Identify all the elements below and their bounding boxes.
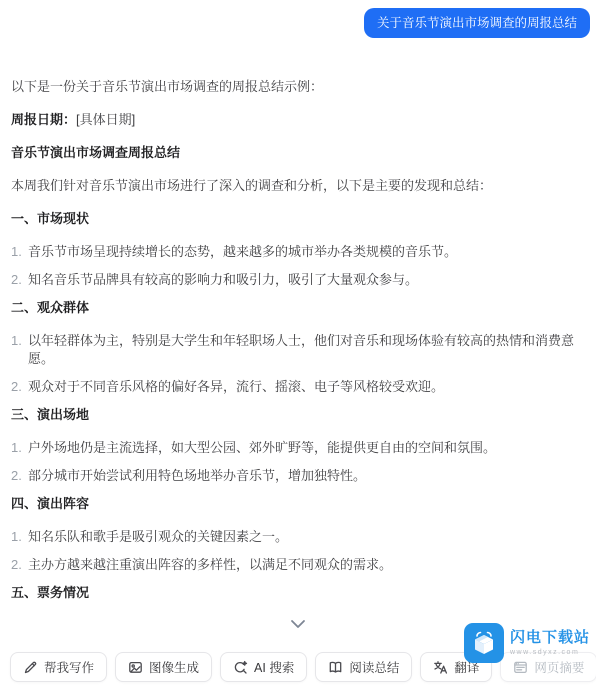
list-item-text: 音乐节市场呈现持续增长的态势，越来越多的城市举办各类规模的音乐节。 (28, 243, 584, 261)
toolbar-button-image[interactable]: 图像生成 (115, 652, 212, 682)
chat-page: 关于音乐节演出市场调查的周报总结 以下是一份关于音乐节演出市场调查的周报总结示例… (0, 0, 596, 687)
collapse-answer-control[interactable] (285, 616, 311, 632)
report-summary: 本周我们针对音乐节演出市场进行了深入的调查和分析，以下是主要的发现和总结： (11, 177, 584, 195)
list-item: 1. 以年轻群体为主，特别是大学生和年轻职场人士，他们对音乐和现场体验有较高的热… (11, 332, 584, 368)
ai-search-icon (233, 660, 248, 675)
toolbar-button-pen[interactable]: 帮我写作 (10, 652, 107, 682)
report-title: 音乐节演出市场调查周报总结 (11, 144, 584, 162)
toolbar-button-ai-search[interactable]: AI 搜索 (220, 652, 307, 682)
list-item-number: 1. (11, 332, 28, 368)
report-date-label: 周报日期： (11, 112, 76, 127)
list-item-number: 2. (11, 378, 28, 396)
report-section: 五、票务情况 (11, 584, 584, 602)
list-item-text: 户外场地仍是主流选择，如大型公园、郊外旷野等，能提供更自由的空间和氛围。 (28, 439, 584, 457)
section-heading: 五、票务情况 (11, 584, 584, 602)
list-item: 2. 主办方越来越注重演出阵容的多样性，以满足不同观众的需求。 (11, 556, 584, 574)
report-section: 一、市场现状 1. 音乐节市场呈现持续增长的态势，越来越多的城市举办各类规模的音… (11, 210, 584, 289)
list-item-number: 1. (11, 528, 28, 546)
section-heading: 三、演出场地 (11, 406, 584, 424)
report-section: 四、演出阵容 1. 知名乐队和歌手是吸引观众的关键因素之一。 2. 主办方越来越… (11, 495, 584, 574)
download-site-logo-icon (464, 623, 504, 663)
section-list: 1. 以年轻群体为主，特别是大学生和年轻职场人士，他们对音乐和现场体验有较高的热… (11, 332, 584, 396)
assistant-message: 以下是一份关于音乐节演出市场调查的周报总结示例： 周报日期：[具体日期] 音乐节… (0, 38, 596, 602)
list-item-number: 1. (11, 243, 28, 261)
book-icon (328, 660, 343, 675)
watermark-name: 闪电下载站 (510, 629, 590, 646)
watermark-text: 闪电下载站 www.sdyxz.com (510, 629, 590, 657)
toolbar-button-book[interactable]: 阅读总结 (315, 652, 412, 682)
list-item: 1. 户外场地仍是主流选择，如大型公园、郊外旷野等，能提供更自由的空间和氛围。 (11, 439, 584, 457)
list-item-text: 以年轻群体为主，特别是大学生和年轻职场人士，他们对音乐和现场体验有较高的热情和消… (28, 332, 584, 368)
section-heading: 二、观众群体 (11, 299, 584, 317)
report-date-value: [具体日期] (76, 112, 135, 127)
report-date-line: 周报日期：[具体日期] (11, 111, 584, 129)
list-item-text: 观众对于不同音乐风格的偏好各异，流行、摇滚、电子等风格较受欢迎。 (28, 378, 584, 396)
section-heading: 四、演出阵容 (11, 495, 584, 513)
list-item: 2. 知名音乐节品牌具有较高的影响力和吸引力，吸引了大量观众参与。 (11, 271, 584, 289)
pen-icon (23, 660, 38, 675)
section-list: 1. 音乐节市场呈现持续增长的态势，越来越多的城市举办各类规模的音乐节。 2. … (11, 243, 584, 289)
list-item-text: 主办方越来越注重演出阵容的多样性，以满足不同观众的需求。 (28, 556, 584, 574)
list-item-text: 知名音乐节品牌具有较高的影响力和吸引力，吸引了大量观众参与。 (28, 271, 584, 289)
list-item-number: 2. (11, 556, 28, 574)
report-section: 三、演出场地 1. 户外场地仍是主流选择，如大型公园、郊外旷野等，能提供更自由的… (11, 406, 584, 485)
image-icon (128, 660, 143, 675)
list-item: 2. 观众对于不同音乐风格的偏好各异，流行、摇滚、电子等风格较受欢迎。 (11, 378, 584, 396)
list-item-number: 1. (11, 439, 28, 457)
section-list: 1. 户外场地仍是主流选择，如大型公园、郊外旷野等，能提供更自由的空间和氛围。 … (11, 439, 584, 485)
list-item-number: 2. (11, 271, 28, 289)
translate-icon (433, 660, 448, 675)
list-item: 1. 知名乐队和歌手是吸引观众的关键因素之一。 (11, 528, 584, 546)
chevron-down-icon (290, 619, 306, 629)
user-message-bubble[interactable]: 关于音乐节演出市场调查的周报总结 (364, 8, 590, 38)
report-intro: 以下是一份关于音乐节演出市场调查的周报总结示例： (11, 78, 584, 96)
report-sections: 一、市场现状 1. 音乐节市场呈现持续增长的态势，越来越多的城市举办各类规模的音… (11, 210, 584, 602)
section-list: 1. 知名乐队和歌手是吸引观众的关键因素之一。 2. 主办方越来越注重演出阵容的… (11, 528, 584, 574)
list-item-number: 2. (11, 467, 28, 485)
list-item: 1. 音乐节市场呈现持续增长的态势，越来越多的城市举办各类规模的音乐节。 (11, 243, 584, 261)
user-message-row: 关于音乐节演出市场调查的周报总结 (0, 0, 596, 38)
list-item-text: 知名乐队和歌手是吸引观众的关键因素之一。 (28, 528, 584, 546)
list-item: 2. 部分城市开始尝试利用特色场地举办音乐节，增加独特性。 (11, 467, 584, 485)
watermark-url: www.sdyxz.com (510, 648, 590, 657)
report-section: 二、观众群体 1. 以年轻群体为主，特别是大学生和年轻职场人士，他们对音乐和现场… (11, 299, 584, 396)
list-item-text: 部分城市开始尝试利用特色场地举办音乐节，增加独特性。 (28, 467, 584, 485)
site-watermark: 闪电下载站 www.sdyxz.com (464, 623, 590, 663)
section-heading: 一、市场现状 (11, 210, 584, 228)
